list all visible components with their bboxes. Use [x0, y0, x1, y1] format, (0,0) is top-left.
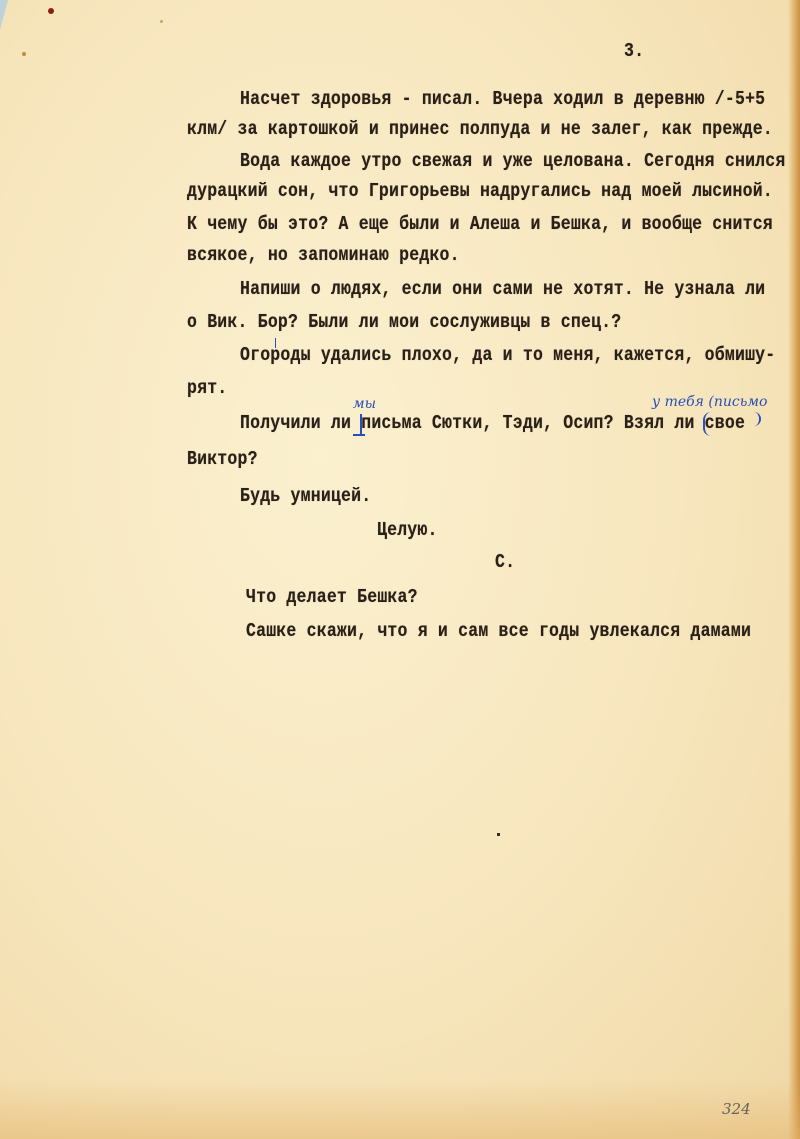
postscript-line: Сашке скажи, что я и сам все годы увлека… — [246, 620, 751, 642]
text-line: клм/ за картошкой и принес полпуда и не … — [187, 118, 773, 140]
stain — [22, 52, 26, 56]
insert-caret-mark — [353, 434, 365, 438]
correction-mark — [275, 338, 277, 348]
page-number: 3. — [624, 40, 644, 62]
signature-initial: С. — [495, 551, 515, 573]
text-line: Огороды удались плохо, да и то меня, каж… — [240, 344, 775, 366]
stain — [48, 8, 54, 14]
text-line: Напиши о людях, если они сами не хотят. … — [240, 278, 765, 300]
text-line: К чему бы это? А еще были и Алеша и Бешк… — [187, 213, 773, 235]
page-corner — [0, 0, 8, 40]
text-line: дурацкий сон, что Григорьевы надругались… — [187, 180, 773, 202]
text-line: всякое, но запоминаю редко. — [187, 244, 460, 266]
document-page: 3. Насчет здоровья - писал. Вчера ходил … — [0, 0, 800, 1139]
text-line: о Вик. Бор? Были ли мои сослуживцы в спе… — [187, 311, 621, 333]
text-line: Получили ли письма Сютки, Тэди, Осип? Вз… — [240, 412, 745, 434]
text-line: Виктор? — [187, 448, 258, 470]
stain — [160, 20, 163, 23]
close-bracket-mark — [753, 412, 761, 426]
handwritten-insert: у тебя (письмо — [652, 394, 767, 410]
ink-dot — [497, 833, 500, 836]
page-edge-bottom — [0, 1079, 800, 1139]
text-line: Будь умницей. — [240, 485, 371, 507]
insert-caret-mark — [360, 414, 364, 436]
closing-text: Целую. — [377, 519, 438, 541]
page-edge-right — [788, 0, 800, 1139]
open-bracket-mark — [703, 412, 713, 436]
postscript-line: Что делает Бешка? — [246, 586, 418, 608]
text-line: Вода каждое утро свежая и уже целована. … — [240, 150, 786, 172]
text-line: рят. — [187, 377, 227, 399]
text-line: Насчет здоровья - писал. Вчера ходил в д… — [240, 88, 765, 110]
handwritten-insert: мы — [353, 396, 376, 412]
archive-number: 324 — [722, 1100, 751, 1118]
